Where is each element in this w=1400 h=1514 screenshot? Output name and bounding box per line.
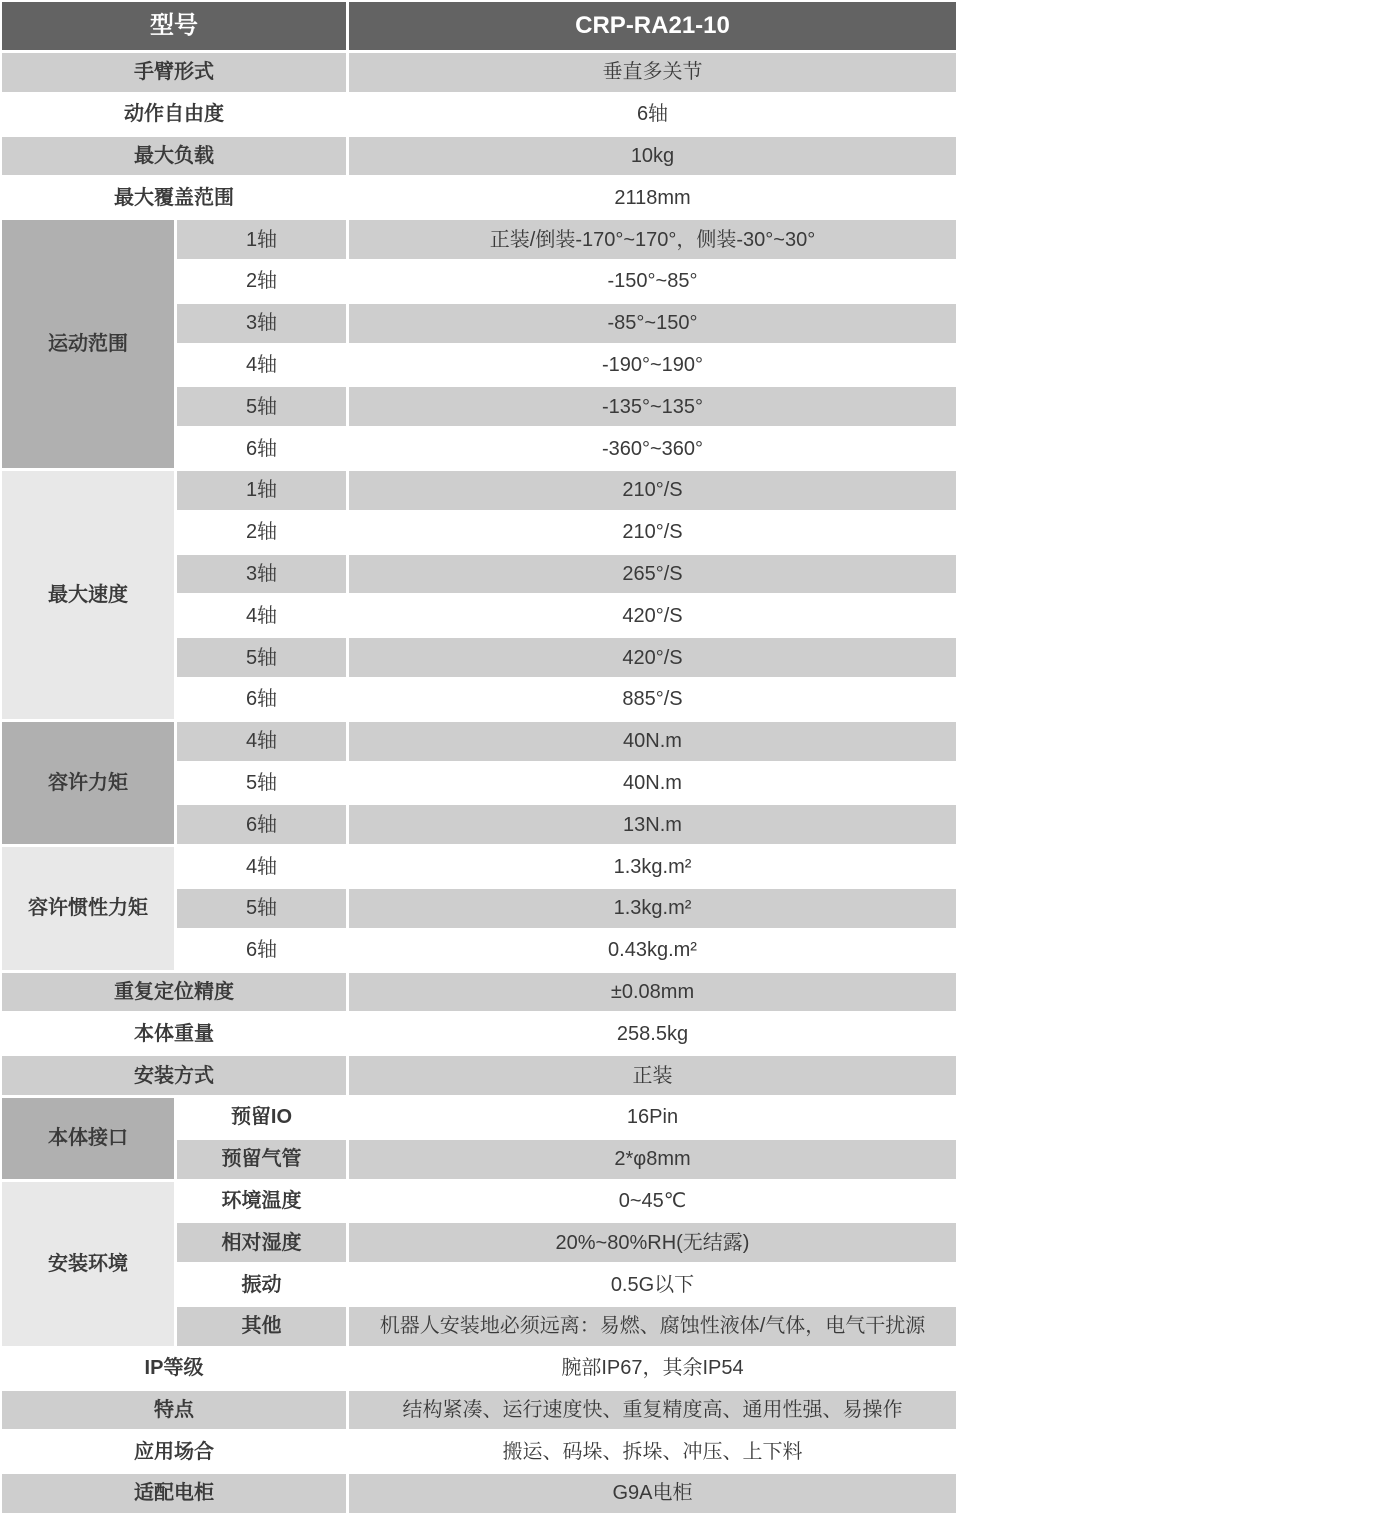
section-max-speed: 最大速度 1轴 210°/S 2轴 210°/S 3轴 265°/S 4轴 42… <box>2 471 956 719</box>
sub-label: 预留气管 <box>177 1140 346 1179</box>
spec-row-repeatability: 重复定位精度 ±0.08mm <box>2 973 956 1012</box>
row-value: 2118mm <box>349 178 956 217</box>
row-label: 最大负载 <box>2 137 346 176</box>
row-value: 正装/倒装-170°~170°，侧装-30°~30° <box>349 220 956 259</box>
model-value: CRP-RA21-10 <box>349 2 956 50</box>
row-value: -190°~190° <box>349 346 956 385</box>
group-label: 安装环境 <box>2 1182 174 1346</box>
axis-label: 6轴 <box>177 805 346 844</box>
spec-sheet-page: 型号 CRP-RA21-10 手臂形式 垂直多关节 动作自由度 6轴 最大负载 … <box>0 0 1400 1514</box>
row-value: 10kg <box>349 137 956 176</box>
spec-row-axis1-speed: 1轴 210°/S <box>177 471 956 510</box>
header-row: 型号 CRP-RA21-10 <box>2 2 956 50</box>
sub-label: 振动 <box>177 1265 346 1304</box>
row-value: 0~45℃ <box>349 1182 956 1221</box>
row-value: 885°/S <box>349 680 956 719</box>
spec-row-axis5-range: 5轴 -135°~135° <box>177 387 956 426</box>
axis-label: 4轴 <box>177 346 346 385</box>
row-value: 20%~80%RH(无结露) <box>349 1223 956 1262</box>
row-value: 13N.m <box>349 805 956 844</box>
row-value: 16Pin <box>349 1098 956 1137</box>
section-body-interface: 本体接口 预留IO 16Pin 预留气管 2*φ8mm <box>2 1098 956 1179</box>
row-value: 1.3kg.m² <box>349 847 956 886</box>
spec-row-axis6-speed: 6轴 885°/S <box>177 680 956 719</box>
spec-table: 型号 CRP-RA21-10 手臂形式 垂直多关节 动作自由度 6轴 最大负载 … <box>2 2 956 1513</box>
group-label: 本体接口 <box>2 1098 174 1179</box>
section-install-env: 安装环境 环境温度 0~45℃ 相对湿度 20%~80%RH(无结露) 振动 0… <box>2 1182 956 1346</box>
axis-label: 6轴 <box>177 931 346 970</box>
axis-label: 5轴 <box>177 387 346 426</box>
spec-row-axis6-torque: 6轴 13N.m <box>177 805 956 844</box>
sub-label: 环境温度 <box>177 1182 346 1221</box>
row-value: 40N.m <box>349 764 956 803</box>
spec-row-reserved-io: 预留IO 16Pin <box>177 1098 956 1137</box>
axis-label: 3轴 <box>177 555 346 594</box>
row-label: 重复定位精度 <box>2 973 346 1012</box>
row-value: 2*φ8mm <box>349 1140 956 1179</box>
row-label: 特点 <box>2 1391 346 1430</box>
row-value: -150°~85° <box>349 262 956 301</box>
row-value: 210°/S <box>349 513 956 552</box>
row-value: 420°/S <box>349 596 956 635</box>
axis-label: 5轴 <box>177 764 346 803</box>
spec-row-arm-type: 手臂形式 垂直多关节 <box>2 53 956 92</box>
row-value: 6轴 <box>349 95 956 134</box>
axis-label: 6轴 <box>177 429 346 468</box>
spec-row-axis4-range: 4轴 -190°~190° <box>177 346 956 385</box>
group-label: 最大速度 <box>2 471 174 719</box>
spec-row-axis4-inertia: 4轴 1.3kg.m² <box>177 847 956 886</box>
section-allow-inertia: 容许惯性力矩 4轴 1.3kg.m² 5轴 1.3kg.m² 6轴 0.43kg… <box>2 847 956 969</box>
row-label: 安装方式 <box>2 1056 346 1095</box>
model-label: 型号 <box>2 2 346 50</box>
spec-row-axis5-inertia: 5轴 1.3kg.m² <box>177 889 956 928</box>
row-label: 应用场合 <box>2 1432 346 1471</box>
section-allow-torque: 容许力矩 4轴 40N.m 5轴 40N.m 6轴 13N.m <box>2 722 956 844</box>
spec-row-axis6-range: 6轴 -360°~360° <box>177 429 956 468</box>
row-value: 结构紧凑、运行速度快、重复精度高、通用性强、易操作 <box>349 1391 956 1430</box>
row-value: 机器人安装地必须远离：易燃、腐蚀性液体/气体，电气干扰源 <box>349 1307 956 1346</box>
spec-row-axis2-speed: 2轴 210°/S <box>177 513 956 552</box>
axis-label: 4轴 <box>177 722 346 761</box>
axis-label: 1轴 <box>177 471 346 510</box>
spec-row-axis5-torque: 5轴 40N.m <box>177 764 956 803</box>
spec-row-axis4-torque: 4轴 40N.m <box>177 722 956 761</box>
row-value: G9A电柜 <box>349 1474 956 1513</box>
spec-row-ip-rating: IP等级 腕部IP67，其余IP54 <box>2 1349 956 1388</box>
spec-row-axis5-speed: 5轴 420°/S <box>177 638 956 677</box>
spec-row-env-humidity: 相对湿度 20%~80%RH(无结露) <box>177 1223 956 1262</box>
spec-row-env-temperature: 环境温度 0~45℃ <box>177 1182 956 1221</box>
row-value: ±0.08mm <box>349 973 956 1012</box>
spec-row-mounting: 安装方式 正装 <box>2 1056 956 1095</box>
row-value: 正装 <box>349 1056 956 1095</box>
row-value: 210°/S <box>349 471 956 510</box>
row-value: -85°~150° <box>349 304 956 343</box>
spec-row-features: 特点 结构紧凑、运行速度快、重复精度高、通用性强、易操作 <box>2 1391 956 1430</box>
group-label: 运动范围 <box>2 220 174 468</box>
axis-label: 1轴 <box>177 220 346 259</box>
axis-label: 5轴 <box>177 638 346 677</box>
section-motion-range: 运动范围 1轴 正装/倒装-170°~170°，侧装-30°~30° 2轴 -1… <box>2 220 956 468</box>
axis-label: 6轴 <box>177 680 346 719</box>
spec-row-axis2-range: 2轴 -150°~85° <box>177 262 956 301</box>
spec-row-dof: 动作自由度 6轴 <box>2 95 956 134</box>
axis-label: 5轴 <box>177 889 346 928</box>
axis-label: 3轴 <box>177 304 346 343</box>
axis-label: 2轴 <box>177 513 346 552</box>
row-value: 40N.m <box>349 722 956 761</box>
spec-row-cabinet: 适配电柜 G9A电柜 <box>2 1474 956 1513</box>
spec-row-axis1-range: 1轴 正装/倒装-170°~170°，侧装-30°~30° <box>177 220 956 259</box>
spec-row-axis4-speed: 4轴 420°/S <box>177 596 956 635</box>
row-value: 420°/S <box>349 638 956 677</box>
spec-row-max-reach: 最大覆盖范围 2118mm <box>2 178 956 217</box>
group-label: 容许惯性力矩 <box>2 847 174 969</box>
spec-row-env-vibration: 振动 0.5G以下 <box>177 1265 956 1304</box>
row-value: 265°/S <box>349 555 956 594</box>
row-label: 最大覆盖范围 <box>2 178 346 217</box>
row-label: 本体重量 <box>2 1014 346 1053</box>
spec-row-applications: 应用场合 搬运、码垛、拆垛、冲压、上下料 <box>2 1432 956 1471</box>
sub-label: 其他 <box>177 1307 346 1346</box>
row-label: 动作自由度 <box>2 95 346 134</box>
sub-label: 相对湿度 <box>177 1223 346 1262</box>
row-value: 258.5kg <box>349 1014 956 1053</box>
axis-label: 4轴 <box>177 596 346 635</box>
axis-label: 4轴 <box>177 847 346 886</box>
spec-row-env-other: 其他 机器人安装地必须远离：易燃、腐蚀性液体/气体，电气干扰源 <box>177 1307 956 1346</box>
spec-row-axis3-range: 3轴 -85°~150° <box>177 304 956 343</box>
row-value: -135°~135° <box>349 387 956 426</box>
row-label: IP等级 <box>2 1349 346 1388</box>
spec-row-reserved-air: 预留气管 2*φ8mm <box>177 1140 956 1179</box>
sub-label: 预留IO <box>177 1098 346 1137</box>
row-label: 手臂形式 <box>2 53 346 92</box>
spec-row-body-weight: 本体重量 258.5kg <box>2 1014 956 1053</box>
group-label: 容许力矩 <box>2 722 174 844</box>
row-value: -360°~360° <box>349 429 956 468</box>
axis-label: 2轴 <box>177 262 346 301</box>
row-value: 0.5G以下 <box>349 1265 956 1304</box>
spec-row-axis3-speed: 3轴 265°/S <box>177 555 956 594</box>
spec-row-max-payload: 最大负载 10kg <box>2 137 956 176</box>
row-label: 适配电柜 <box>2 1474 346 1513</box>
row-value: 搬运、码垛、拆垛、冲压、上下料 <box>349 1432 956 1471</box>
row-value: 垂直多关节 <box>349 53 956 92</box>
row-value: 腕部IP67，其余IP54 <box>349 1349 956 1388</box>
row-value: 1.3kg.m² <box>349 889 956 928</box>
row-value: 0.43kg.m² <box>349 931 956 970</box>
spec-row-axis6-inertia: 6轴 0.43kg.m² <box>177 931 956 970</box>
